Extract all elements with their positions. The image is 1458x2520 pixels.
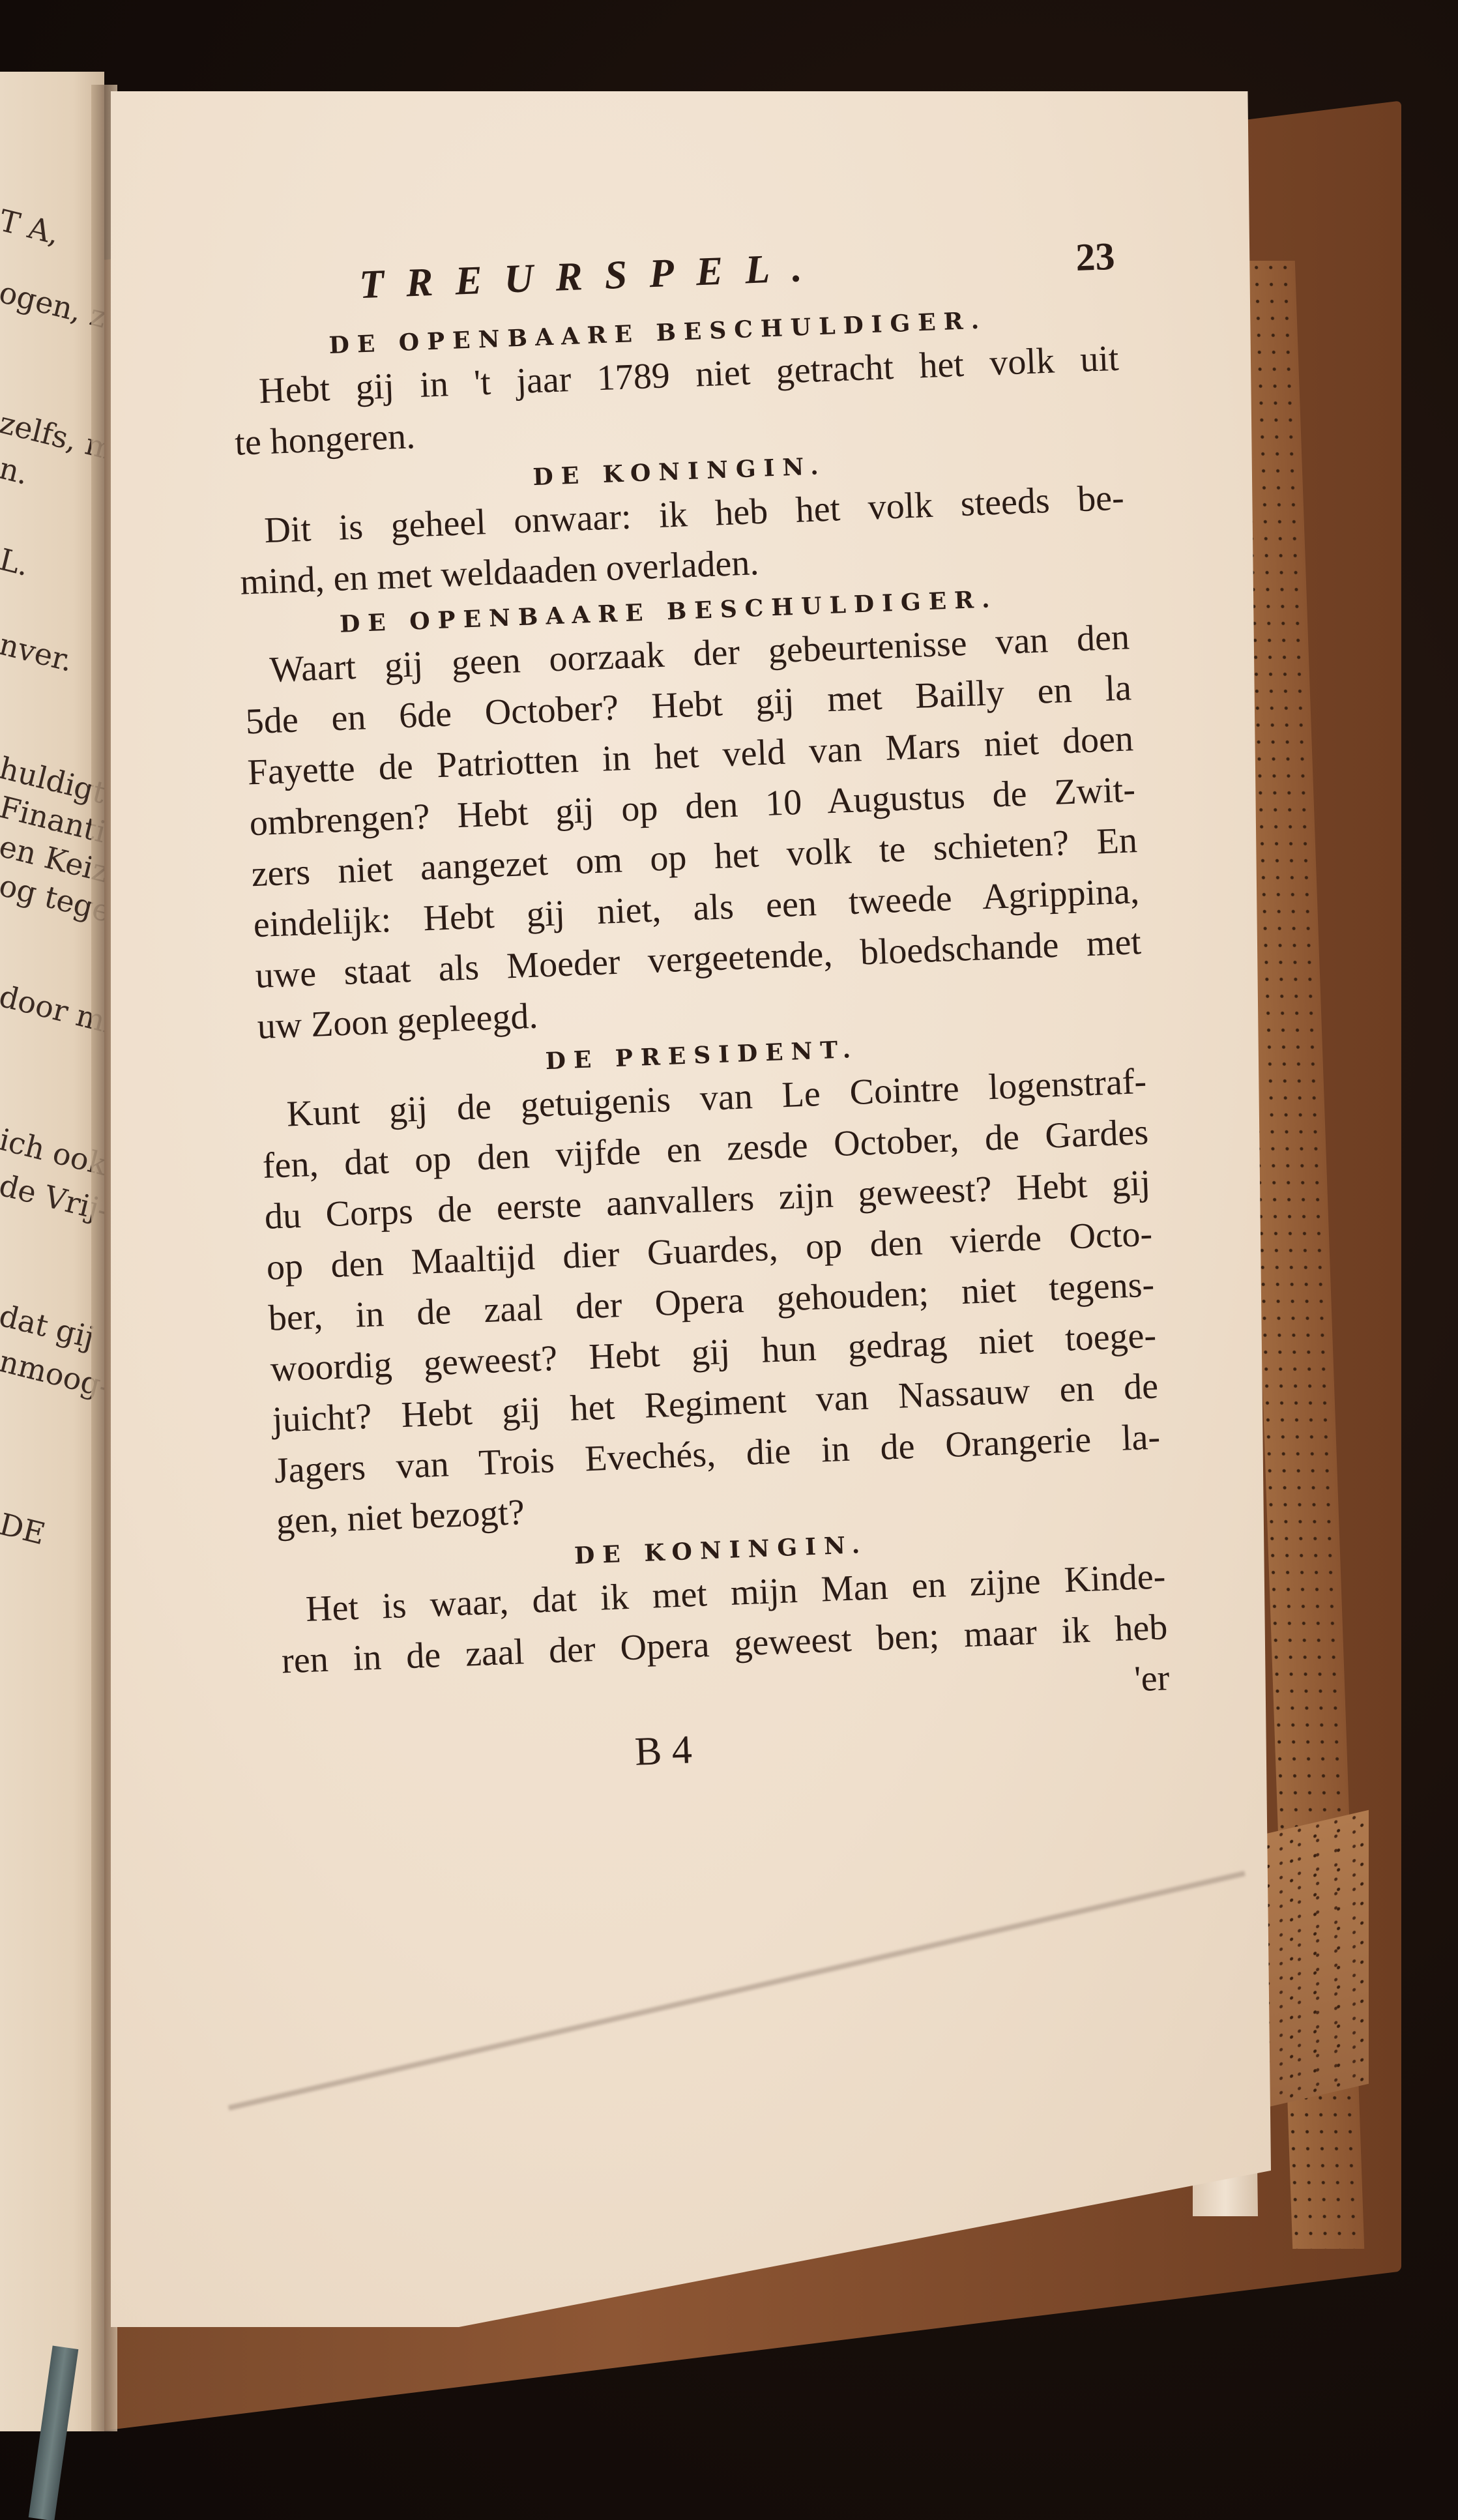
dialogue-sections: DE OPENBAARE BESCHULDIGER.Hebt gij in 't… [231, 302, 1169, 1687]
right-page: TREURSPEL. 23 DE OPENBAARE BESCHULDIGER.… [111, 91, 1271, 2327]
page-number: 23 [1075, 234, 1116, 280]
left-page-text-fragment: nver. [0, 626, 77, 679]
running-title: TREURSPEL. [358, 244, 825, 308]
left-page-text-fragment: L. [0, 542, 33, 583]
catchword: 'er [1133, 1652, 1171, 1705]
left-page-text-fragment: ogen, zo [0, 274, 104, 340]
left-facing-page: T A,ogen, zozelfs, mn.L.nver.huldigt uFi… [0, 72, 104, 2431]
left-page-text-fragment: DE [0, 1506, 49, 1551]
running-head: TREURSPEL. 23 [228, 233, 1116, 314]
page-text-block: TREURSPEL. 23 DE OPENBAARE BESCHULDIGER.… [228, 233, 1173, 1789]
left-page-text-fragment: n. [0, 450, 32, 491]
left-page-text-fragment: T A, [0, 203, 63, 252]
left-page-text-fragment: door mij [0, 978, 104, 1043]
